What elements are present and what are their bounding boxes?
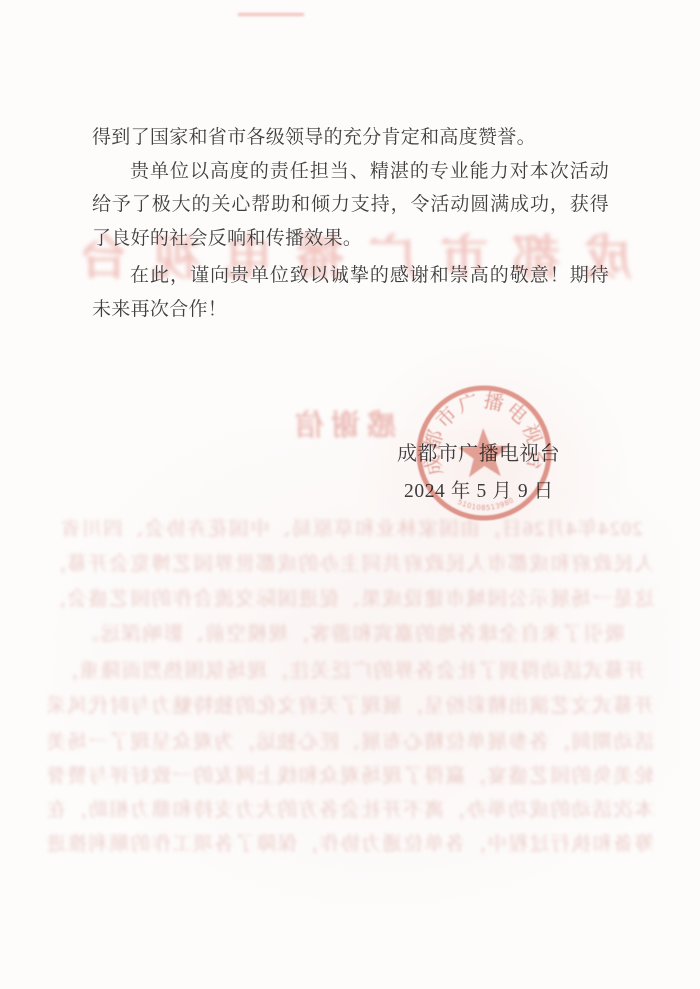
bleedthrough-title: 感谢信	[286, 403, 398, 444]
bleedthrough-text-line: 这是一场展示公园城市建设成果、促进国际交流合作的园艺盛会，	[48, 583, 654, 611]
letter-paragraph: 贵单位以高度的责任担当、精湛的专业能力对本次活动给予了极大的关心帮助和倾力支持，…	[92, 155, 609, 256]
signature-date: 2024 年 5 月 9 日	[404, 475, 554, 503]
paper-haze	[20, 430, 680, 930]
letter-paragraph-continued: 得到了国家和省市各级领导的充分肯定和高度赞誉。	[92, 121, 609, 155]
bleedthrough-text-line: 开幕式活动得到了社会各界的广泛关注，现场氛围热烈而隆重，	[48, 655, 654, 683]
bleedthrough-text-line: 吸引了来自全球各地的嘉宾和游客，规模空前、影响深远。	[48, 618, 654, 646]
signature-organization: 成都市广播电视台	[397, 437, 560, 466]
bleedthrough-text-line: 本次活动的成功举办，离不开社会各方的大力支持和鼎力相助，在	[48, 794, 654, 822]
bleedthrough-text-line: 筹备和执行过程中，各单位通力协作，保障了各项工作的顺利推进。	[48, 828, 654, 856]
bleedthrough-text-line: 人民政府和成都市人民政府共同主办的成都世界园艺博览会开幕，	[48, 548, 654, 576]
letter-paragraph: 在此，谨向贵单位致以诚挚的感谢和崇高的敬意！期待未来再次合作！	[92, 259, 609, 326]
letter-body: 得到了国家和省市各级领导的充分肯定和高度赞誉。 贵单位以高度的责任担当、精湛的专…	[92, 121, 609, 326]
bleedthrough-text-line: 2024年4月26日，由国家林业和草原局、中国花卉协会、四川省	[48, 513, 654, 541]
bleedthrough-text-line: 活动期间，各参展单位精心布展、匠心独运，为观众呈现了一场美	[48, 726, 654, 754]
scanned-letter-page: 成都市广播电视台 感谢信 2024年4月26日，由国家林业和草原局、中国花卉协会…	[0, 0, 700, 989]
bleedthrough-text-line: 开幕式文艺演出精彩纷呈，展现了天府文化的独特魅力与时代风采，	[48, 690, 654, 718]
bleedthrough-text-line: 轮美奂的园艺盛宴，赢得了现场观众和线上网友的一致好评与赞誉。	[48, 760, 654, 788]
bleedthrough-rule-line	[238, 13, 304, 16]
